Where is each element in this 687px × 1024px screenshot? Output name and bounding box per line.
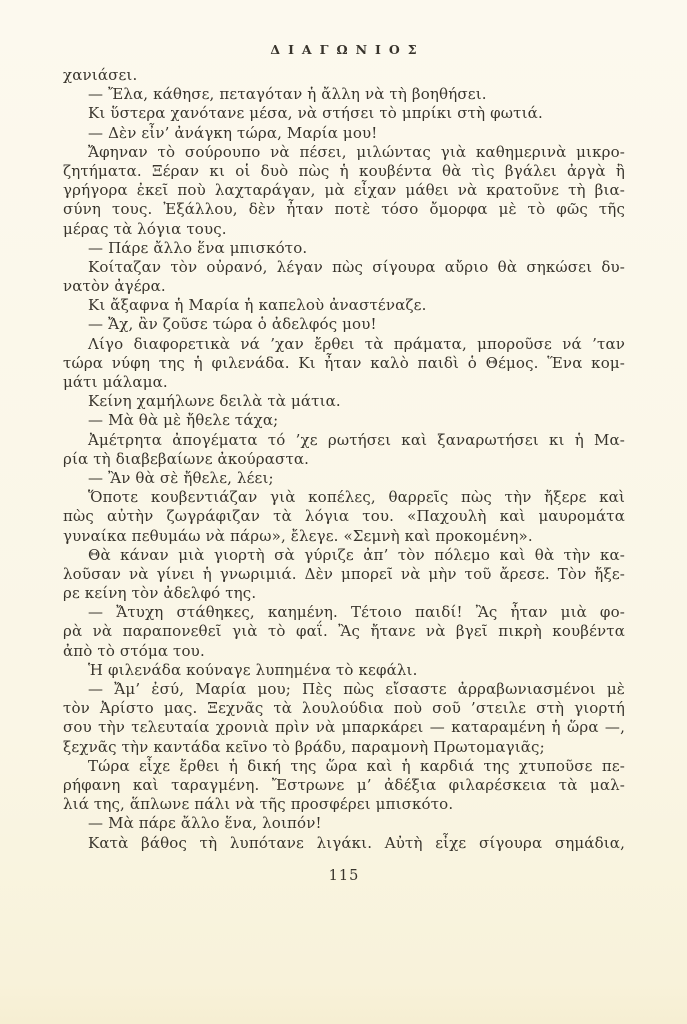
text-line: ρήφανη καὶ ταραγμένη. Ἔστρωνε μ’ ἀδέξια …: [63, 776, 625, 795]
text-line: γυναίκα πεθυμάω νὰ πάρω», ἔλεγε. «Σεμνὴ …: [63, 527, 625, 546]
text-line: — Ἄχ, ἂν ζοῦσε τώρα ὁ ἀδελφός μου!: [63, 315, 625, 334]
text-line: Ἡ φιλενάδα κούναγε λυπημένα τὸ κεφάλι.: [63, 661, 625, 680]
text-line: — Ἂν θὰ σὲ ἤθελε, λέει;: [63, 469, 625, 488]
text-line: — Δὲν εἶν’ ἀνάγκη τώρα, Μαρία μου!: [63, 124, 625, 143]
text-line: — Μὰ πάρε ἄλλο ἕνα, λοιπόν!: [63, 814, 625, 833]
text-line: Ἄφηναν τὸ σούρουπο νὰ πέσει, μιλώντας γι…: [63, 143, 625, 162]
text-line: τώρα νύφη της ἡ φιλενάδα. Κι ἦταν καλὸ π…: [63, 354, 625, 373]
text-line: νατὸν ἀγέρα.: [63, 277, 625, 296]
text-line: γρήγορα ἐκεῖ ποὺ λαχταράγαν, μὰ εἶχαν μά…: [63, 181, 625, 200]
text-line: σου τὴν τελευταία χρονιὰ πρὶν νὰ μπαρκάρ…: [63, 718, 625, 737]
text-line: ρε κείνη τὸν ἀδελφό της.: [63, 584, 625, 603]
text-line: Κι ἄξαφνα ἡ Μαρία ἡ καπελοὺ ἀναστέναζε.: [63, 296, 625, 315]
text-line: Λίγο διαφορετικὰ νά ’χαν ἔρθει τὰ πράματ…: [63, 335, 625, 354]
book-page: ΔΙΑΓΩΝΙΟΣ χανιάσει.— Ἔλα, κάθησε, πεταγό…: [0, 0, 687, 1024]
text-line: Τώρα εἶχε ἔρθει ἡ δική της ὥρα καὶ ἡ καρ…: [63, 757, 625, 776]
text-line: πὼς αὐτὴν ζωγράφιζαν τὰ λόγια του. «Παχο…: [63, 507, 625, 526]
text-block: χανιάσει.— Ἔλα, κάθησε, πεταγόταν ἡ ἄλλη…: [63, 66, 625, 853]
text-line: — Ἄμ’ ἐσύ, Μαρία μου; Πὲς πὼς εἴσαστε ἀρ…: [63, 680, 625, 699]
text-line: — Ἄτυχη στάθηκες, καημένη. Τέτοιο παιδί!…: [63, 603, 625, 622]
text-line: λοῦσαν νὰ γίνει ἡ γνωριμιά. Δὲν μπορεῖ ν…: [63, 565, 625, 584]
text-line: — Πάρε ἄλλο ἕνα μπισκότο.: [63, 239, 625, 258]
text-line: Κείνη χαμήλωνε δειλὰ τὰ μάτια.: [63, 392, 625, 411]
text-line: ἀπὸ τὸ στόμα του.: [63, 642, 625, 661]
text-line: Ἀμέτρητα ἀπογέματα τό ’χε ρωτήσει καὶ ξα…: [63, 431, 625, 450]
text-line: ξεχνᾶς τὴν καντάδα κεῖνο τὸ βράδυ, παραμ…: [63, 738, 625, 757]
text-line: Κι ὕστερα χανότανε μέσα, νὰ στήσει τὸ μπ…: [63, 104, 625, 123]
text-line: λιά της, ἅπλωνε πάλι νὰ τῆς προσφέρει μπ…: [63, 795, 625, 814]
text-line: — Μὰ θὰ μὲ ἤθελε τάχα;: [63, 411, 625, 430]
text-line: τὸν Ἀρίστο μας. Ξεχνᾶς τὰ λουλούδια ποὺ …: [63, 699, 625, 718]
text-line: μέρας τὰ λόγια τους.: [63, 220, 625, 239]
text-line: μάτι μάλαμα.: [63, 373, 625, 392]
text-line: Κοίταζαν τὸν οὐρανό, λέγαν πὼς σίγουρα α…: [63, 258, 625, 277]
text-line: Ὅποτε κουβεντιάζαν γιὰ κοπέλες, θαρρεῖς …: [63, 488, 625, 507]
page-header-title: ΔΙΑΓΩΝΙΟΣ: [0, 42, 687, 57]
text-line: Θὰ κάναν μιὰ γιορτὴ σὰ γύριζε ἀπ’ τὸν πό…: [63, 546, 625, 565]
text-line: ζητήματα. Ξέραν κι οἱ δυὸ πὼς ἡ κουβέντα…: [63, 162, 625, 181]
text-line: ρία τὴ διαβεβαίωνε ἀκούραστα.: [63, 450, 625, 469]
page-number: 115: [63, 868, 625, 884]
text-line: — Ἔλα, κάθησε, πεταγόταν ἡ ἄλλη νὰ τὴ βο…: [63, 85, 625, 104]
text-line: ρὰ νὰ παραπονεθεῖ γιὰ τὸ φαΐ. Ἂς ἤτανε ν…: [63, 622, 625, 641]
text-line: χανιάσει.: [63, 66, 625, 85]
text-line: σύνη τους. Ἐξάλλου, δὲν ἦταν ποτὲ τόσο ὄ…: [63, 200, 625, 219]
text-line: Κατὰ βάθος τὴ λυπότανε λιγάκι. Αὐτὴ εἶχε…: [63, 834, 625, 853]
